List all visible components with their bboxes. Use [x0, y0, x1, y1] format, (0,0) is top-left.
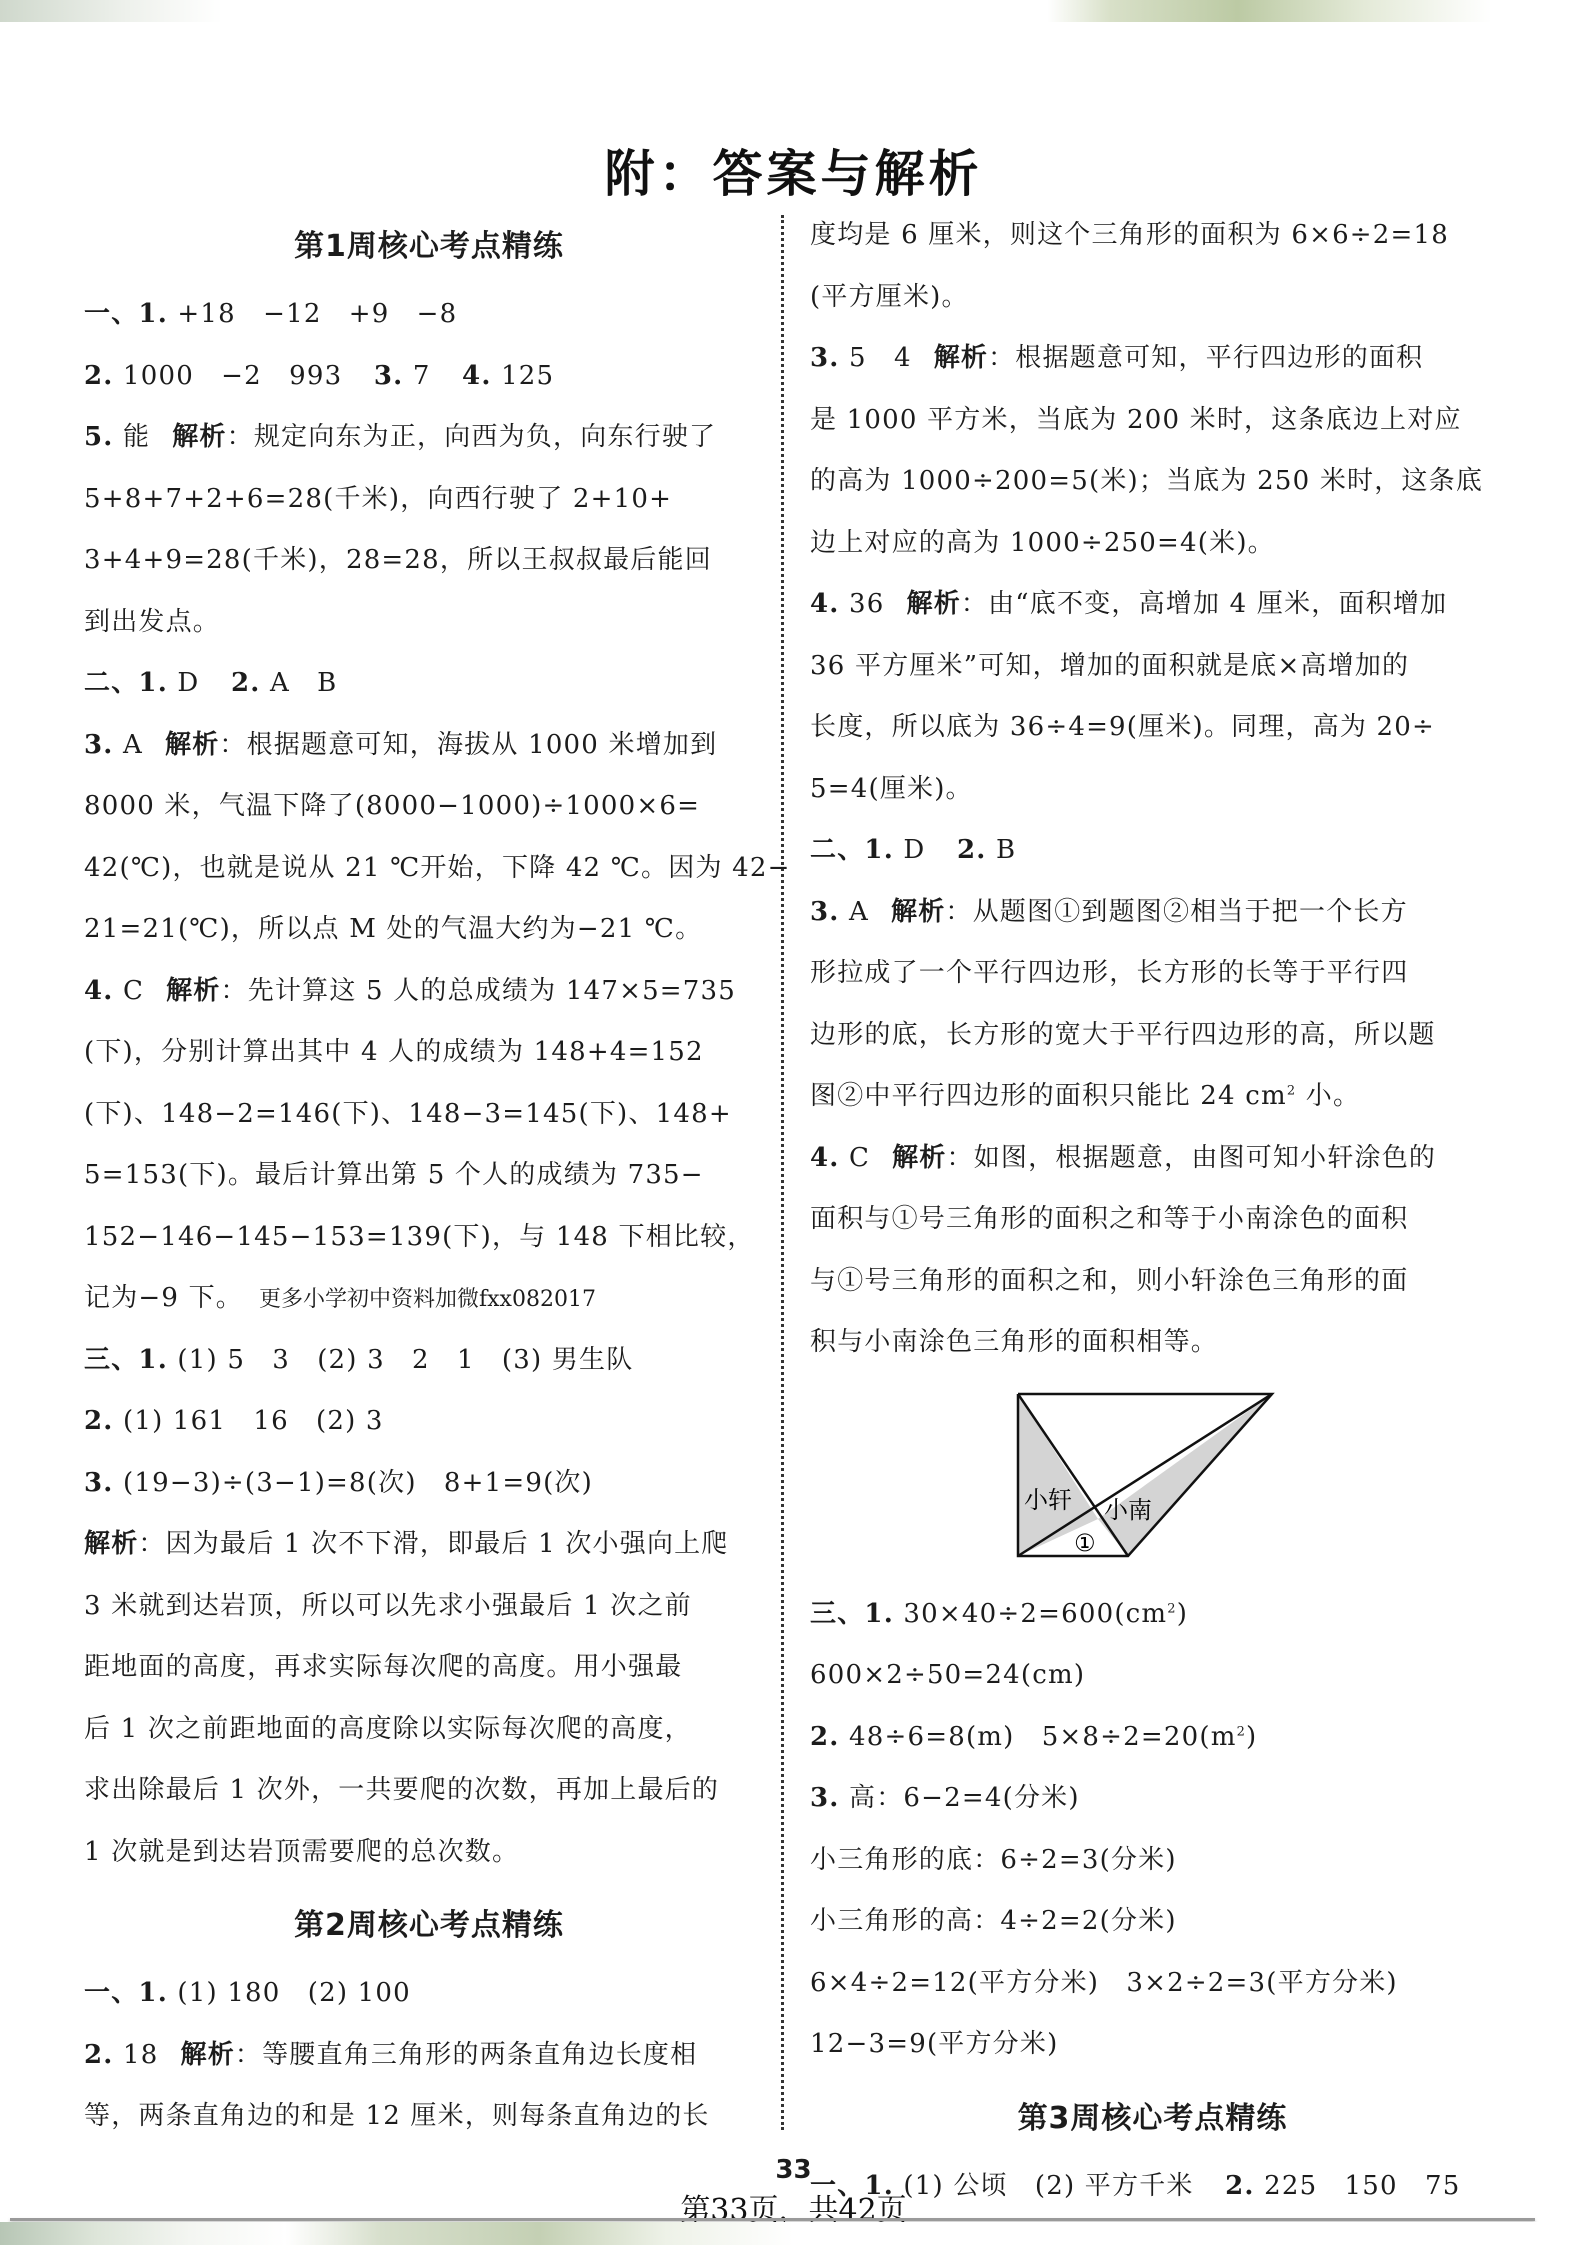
text-line: 8000 米，气温下降了(8000−1000)÷1000×6= — [84, 776, 774, 838]
text-line: 记为−9 下。更多小学初中资料加微fxx082017 — [84, 1268, 774, 1330]
text-line: 长度，所以底为 36÷4=9(厘米)。同理，高为 20÷ — [810, 697, 1495, 759]
text-line: 度均是 6 厘米，则这个三角形的面积为 6×6÷2=18 — [810, 205, 1495, 267]
answer-line: 4. C解析：如图，根据题意，由图可知小轩涂色的 — [810, 1128, 1495, 1190]
column-divider — [781, 215, 784, 2130]
text-line: 6×4÷2=12(平方分米) 3×2÷2=3(平方分米) — [810, 1953, 1495, 2015]
text-line: 形拉成了一个平行四边形，长方形的长等于平行四 — [810, 943, 1495, 1005]
text-line: 边上对应的高为 1000÷250=4(米)。 — [810, 513, 1495, 575]
watermark-text: 更多小学初中资料加微fxx082017 — [259, 1287, 596, 1312]
answer-line: 一、1. (1) 180 (2) 100 — [84, 1963, 774, 2025]
answer-line: 2. 18解析：等腰直角三角形的两条直角边长度相 — [84, 2025, 774, 2087]
answer-line: 解析：因为最后 1 次不下滑，即最后 1 次小强向上爬 — [84, 1514, 774, 1576]
text-line: 5=4(厘米)。 — [810, 759, 1495, 821]
text-line: 是 1000 平方米，当底为 200 米时，这条底边上对应 — [810, 390, 1495, 452]
text-line: (下)、148−2=146(下)、148−3=145(下)、148+ — [84, 1084, 774, 1146]
text-line: 5+8+7+2+6=28(千米)，向西行驶了 2+10+ — [84, 469, 774, 531]
answer-line: 4. 36解析：由“底不变，高增加 4 厘米，面积增加 — [810, 574, 1495, 636]
answer-line: 3. A解析：根据题意可知，海拔从 1000 米增加到 — [84, 715, 774, 777]
text-line: 42(℃)，也就是说从 21 ℃开始，下降 42 ℃。因为 42− — [84, 838, 774, 900]
text-line: 等，两条直角边的和是 12 厘米，则每条直角边的长 — [84, 2086, 774, 2148]
answer-line: 3. 高：6−2=4(分米) — [810, 1768, 1495, 1830]
answer-line: 3. A解析：从题图①到题图②相当于把一个长方 — [810, 882, 1495, 944]
text-line: 36 平方厘米”可知，增加的面积就是底×高增加的 — [810, 636, 1495, 698]
text-line: 求出除最后 1 次外，一共要爬的次数，再加上最后的 — [84, 1760, 774, 1822]
answer-line: 2. 48÷6=8(m) 5×8÷2=20(m2) — [810, 1707, 1495, 1769]
text-line: (下)，分别计算出其中 4 人的成绩为 148+4=152 — [84, 1022, 774, 1084]
answer-line: 二、1. D 2. A B — [84, 653, 774, 715]
text-line: 12−3=9(平方分米) — [810, 2014, 1495, 2076]
text-line: 图②中平行四边形的面积只能比 24 cm2 小。 — [810, 1066, 1495, 1128]
answer-line: 5. 能解析：规定向东为正，向西为负，向东行驶了 — [84, 407, 774, 469]
text-line: 的高为 1000÷200=5(米)；当底为 250 米时，这条底 — [810, 451, 1495, 513]
answer-line: 2. 1000 −2 993 3. 7 4. 125 — [84, 346, 774, 408]
text-line: 小三角形的高：4÷2=2(分米) — [810, 1891, 1495, 1953]
answer-line: 三、1. (1) 5 3 (2) 3 2 1 (3) 男生队 — [84, 1330, 774, 1392]
text-line: 5=153(下)。最后计算出第 5 个人的成绩为 735− — [84, 1145, 774, 1207]
answer-line: 二、1. D 2. B — [810, 820, 1495, 882]
bottom-rule — [10, 2218, 1535, 2221]
week2-heading: 第2周核心考点精练 — [84, 1889, 774, 1963]
text-line: (平方厘米)。 — [810, 267, 1495, 329]
triangle-figure: 小轩 小南 ① — [810, 1374, 1495, 1584]
text-line: 到出发点。 — [84, 592, 774, 654]
text-line: 1 次就是到达岩顶需要爬的总次数。 — [84, 1822, 774, 1884]
answer-line: 3. 5 4解析：根据题意可知，平行四边形的面积 — [810, 328, 1495, 390]
text-line: 距地面的高度，再求实际每次爬的高度。用小强最 — [84, 1637, 774, 1699]
text-line: 面积与①号三角形的面积之和等于小南涂色的面积 — [810, 1189, 1495, 1251]
page-number: 33 — [0, 2155, 1587, 2185]
week1-heading: 第1周核心考点精练 — [84, 210, 774, 284]
label-xiaonan: 小南 — [1104, 1496, 1152, 1524]
text-line: 后 1 次之前距地面的高度除以实际每次爬的高度， — [84, 1699, 774, 1761]
label-circle-one: ① — [1074, 1529, 1096, 1557]
decorative-leaf-band-top — [0, 0, 1587, 22]
label-xiaoxuan: 小轩 — [1024, 1486, 1072, 1514]
answer-line: 4. C解析：先计算这 5 人的总成绩为 147×5=735 — [84, 961, 774, 1023]
left-column: 第1周核心考点精练 一、1. +18 −12 +9 −8 2. 1000 −2 … — [84, 210, 774, 2148]
answer-line: 一、1. +18 −12 +9 −8 — [84, 284, 774, 346]
answer-line: 三、1. 30×40÷2=600(cm2) — [810, 1584, 1495, 1646]
answer-line: 3. (19−3)÷(3−1)=8(次) 8+1=9(次) — [84, 1453, 774, 1515]
text-line: 边形的底，长方形的宽大于平行四边形的高，所以题 — [810, 1005, 1495, 1067]
text-line: 小三角形的底：6÷2=3(分米) — [810, 1830, 1495, 1892]
text-line: 3+4+9=28(千米)，28=28，所以王叔叔最后能回 — [84, 530, 774, 592]
triangle-diagram: 小轩 小南 ① — [1010, 1386, 1280, 1566]
week3-heading: 第3周核心考点精练 — [810, 2082, 1495, 2156]
text-line: 积与小南涂色三角形的面积相等。 — [810, 1312, 1495, 1374]
text-line: 21=21(℃)，所以点 M 处的气温大约为−21 ℃。 — [84, 899, 774, 961]
text-line: 3 米就到达岩顶，所以可以先求小强最后 1 次之前 — [84, 1576, 774, 1638]
decorative-leaf-band-bottom — [0, 2222, 1587, 2245]
text-line: 与①号三角形的面积之和，则小轩涂色三角形的面 — [810, 1251, 1495, 1313]
xiaonan-shaded-region — [1098, 1394, 1272, 1556]
text-line: 600×2÷50=24(cm) — [810, 1645, 1495, 1707]
answer-line: 2. (1) 161 16 (2) 3 — [84, 1391, 774, 1453]
text-line: 152−146−145−153=139(下)，与 148 下相比较， — [84, 1207, 774, 1269]
page-title: 附：答案与解析 — [0, 134, 1587, 206]
right-column: 度均是 6 厘米，则这个三角形的面积为 6×6÷2=18 (平方厘米)。 3. … — [810, 205, 1495, 2217]
